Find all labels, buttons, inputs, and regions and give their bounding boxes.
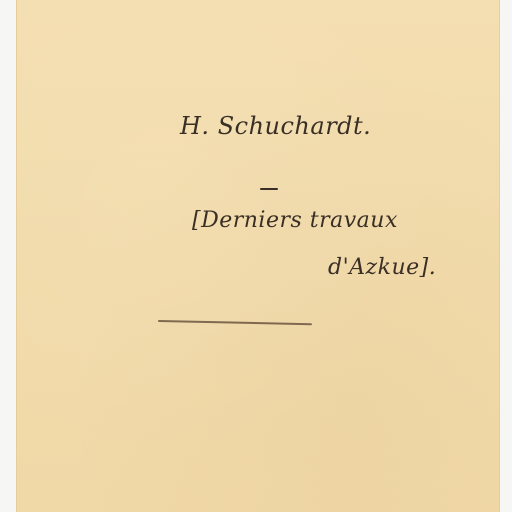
author-name: H. Schuchardt. (180, 112, 371, 140)
title-line-2: d'Azkue]. (328, 255, 436, 280)
scanned-page: H. Schuchardt. [Derniers travaux d'Azkue… (0, 0, 512, 512)
title-line-1: [Derniers travaux (192, 208, 398, 233)
separator-dash (260, 188, 278, 190)
